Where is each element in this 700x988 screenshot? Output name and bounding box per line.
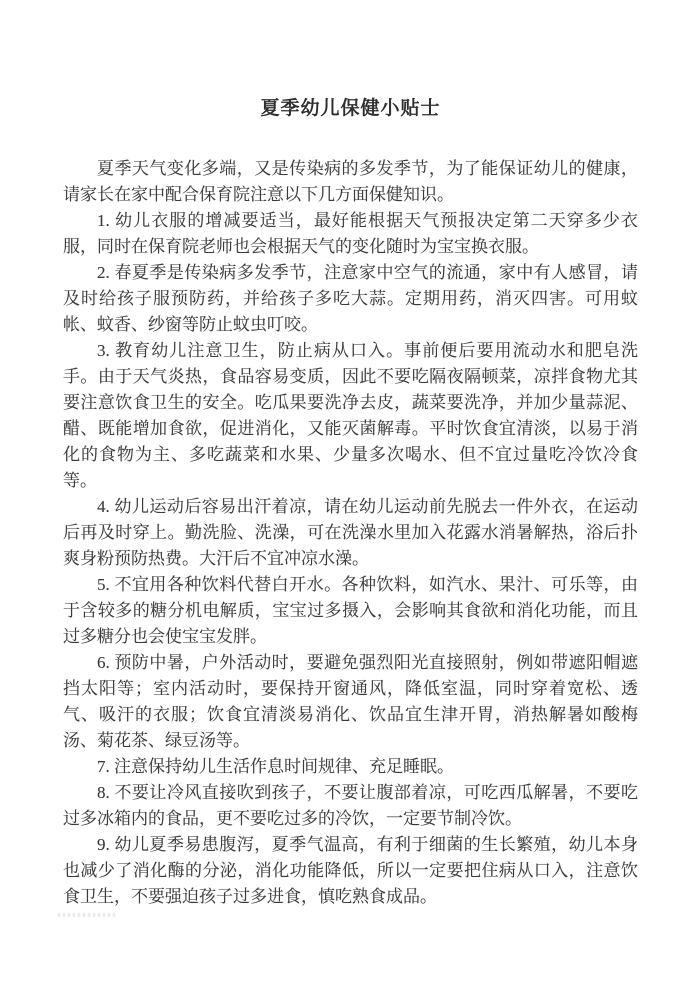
paragraph-item-8: 8. 不要让冷风直接吹到孩子，不要让腹部着凉，可吃西瓜解暑，不要吃过多冰箱内的食… bbox=[63, 780, 638, 832]
scanned-document-page: 夏季幼儿保健小贴士 夏季天气变化多端，又是传染病的多发季节，为了能保证幼儿的健康… bbox=[0, 0, 700, 988]
document-title: 夏季幼儿保健小贴士 bbox=[63, 96, 638, 122]
paragraph-item-9: 9. 幼儿夏季易患腹泻，夏季气温高，有利于细菌的生长繁殖，幼儿本身也减少了消化酶… bbox=[63, 832, 638, 910]
paragraph-item-1: 1. 幼儿衣服的增减要适当，最好能根据天气预报决定第二天穿多少衣服，同时在保育院… bbox=[63, 208, 638, 260]
paragraph-item-7: 7. 注意保持幼儿生活作息时间规律、充足睡眠。 bbox=[63, 754, 638, 780]
paragraph-item-5: 5. 不宜用各种饮料代替白开水。各种饮料，如汽水、果汁、可乐等，由于含较多的糖分… bbox=[63, 572, 638, 650]
document-text-block: 夏季幼儿保健小贴士 夏季天气变化多端，又是传染病的多发季节，为了能保证幼儿的健康… bbox=[63, 96, 638, 910]
paragraph-item-3: 3. 教育幼儿注意卫生，防止病从口入。事前便后要用流动水和肥皂洗手。由于天气炎热… bbox=[63, 338, 638, 494]
paragraph-item-6: 6. 预防中暑，户外活动时，要避免强烈阳光直接照射，例如带遮阳帽遮挡太阳等；室内… bbox=[63, 650, 638, 754]
paragraph-item-4: 4. 幼儿运动后容易出汗着凉，请在幼儿运动前先脱去一件外衣，在运动后再及时穿上。… bbox=[63, 494, 638, 572]
faint-footer-scan-artifact bbox=[58, 913, 118, 917]
paragraph-item-2: 2. 春夏季是传染病多发季节，注意家中空气的流通，家中有人感冒，请及时给孩子服预… bbox=[63, 260, 638, 338]
paragraph-intro: 夏季天气变化多端，又是传染病的多发季节，为了能保证幼儿的健康，请家长在家中配合保… bbox=[63, 156, 638, 208]
